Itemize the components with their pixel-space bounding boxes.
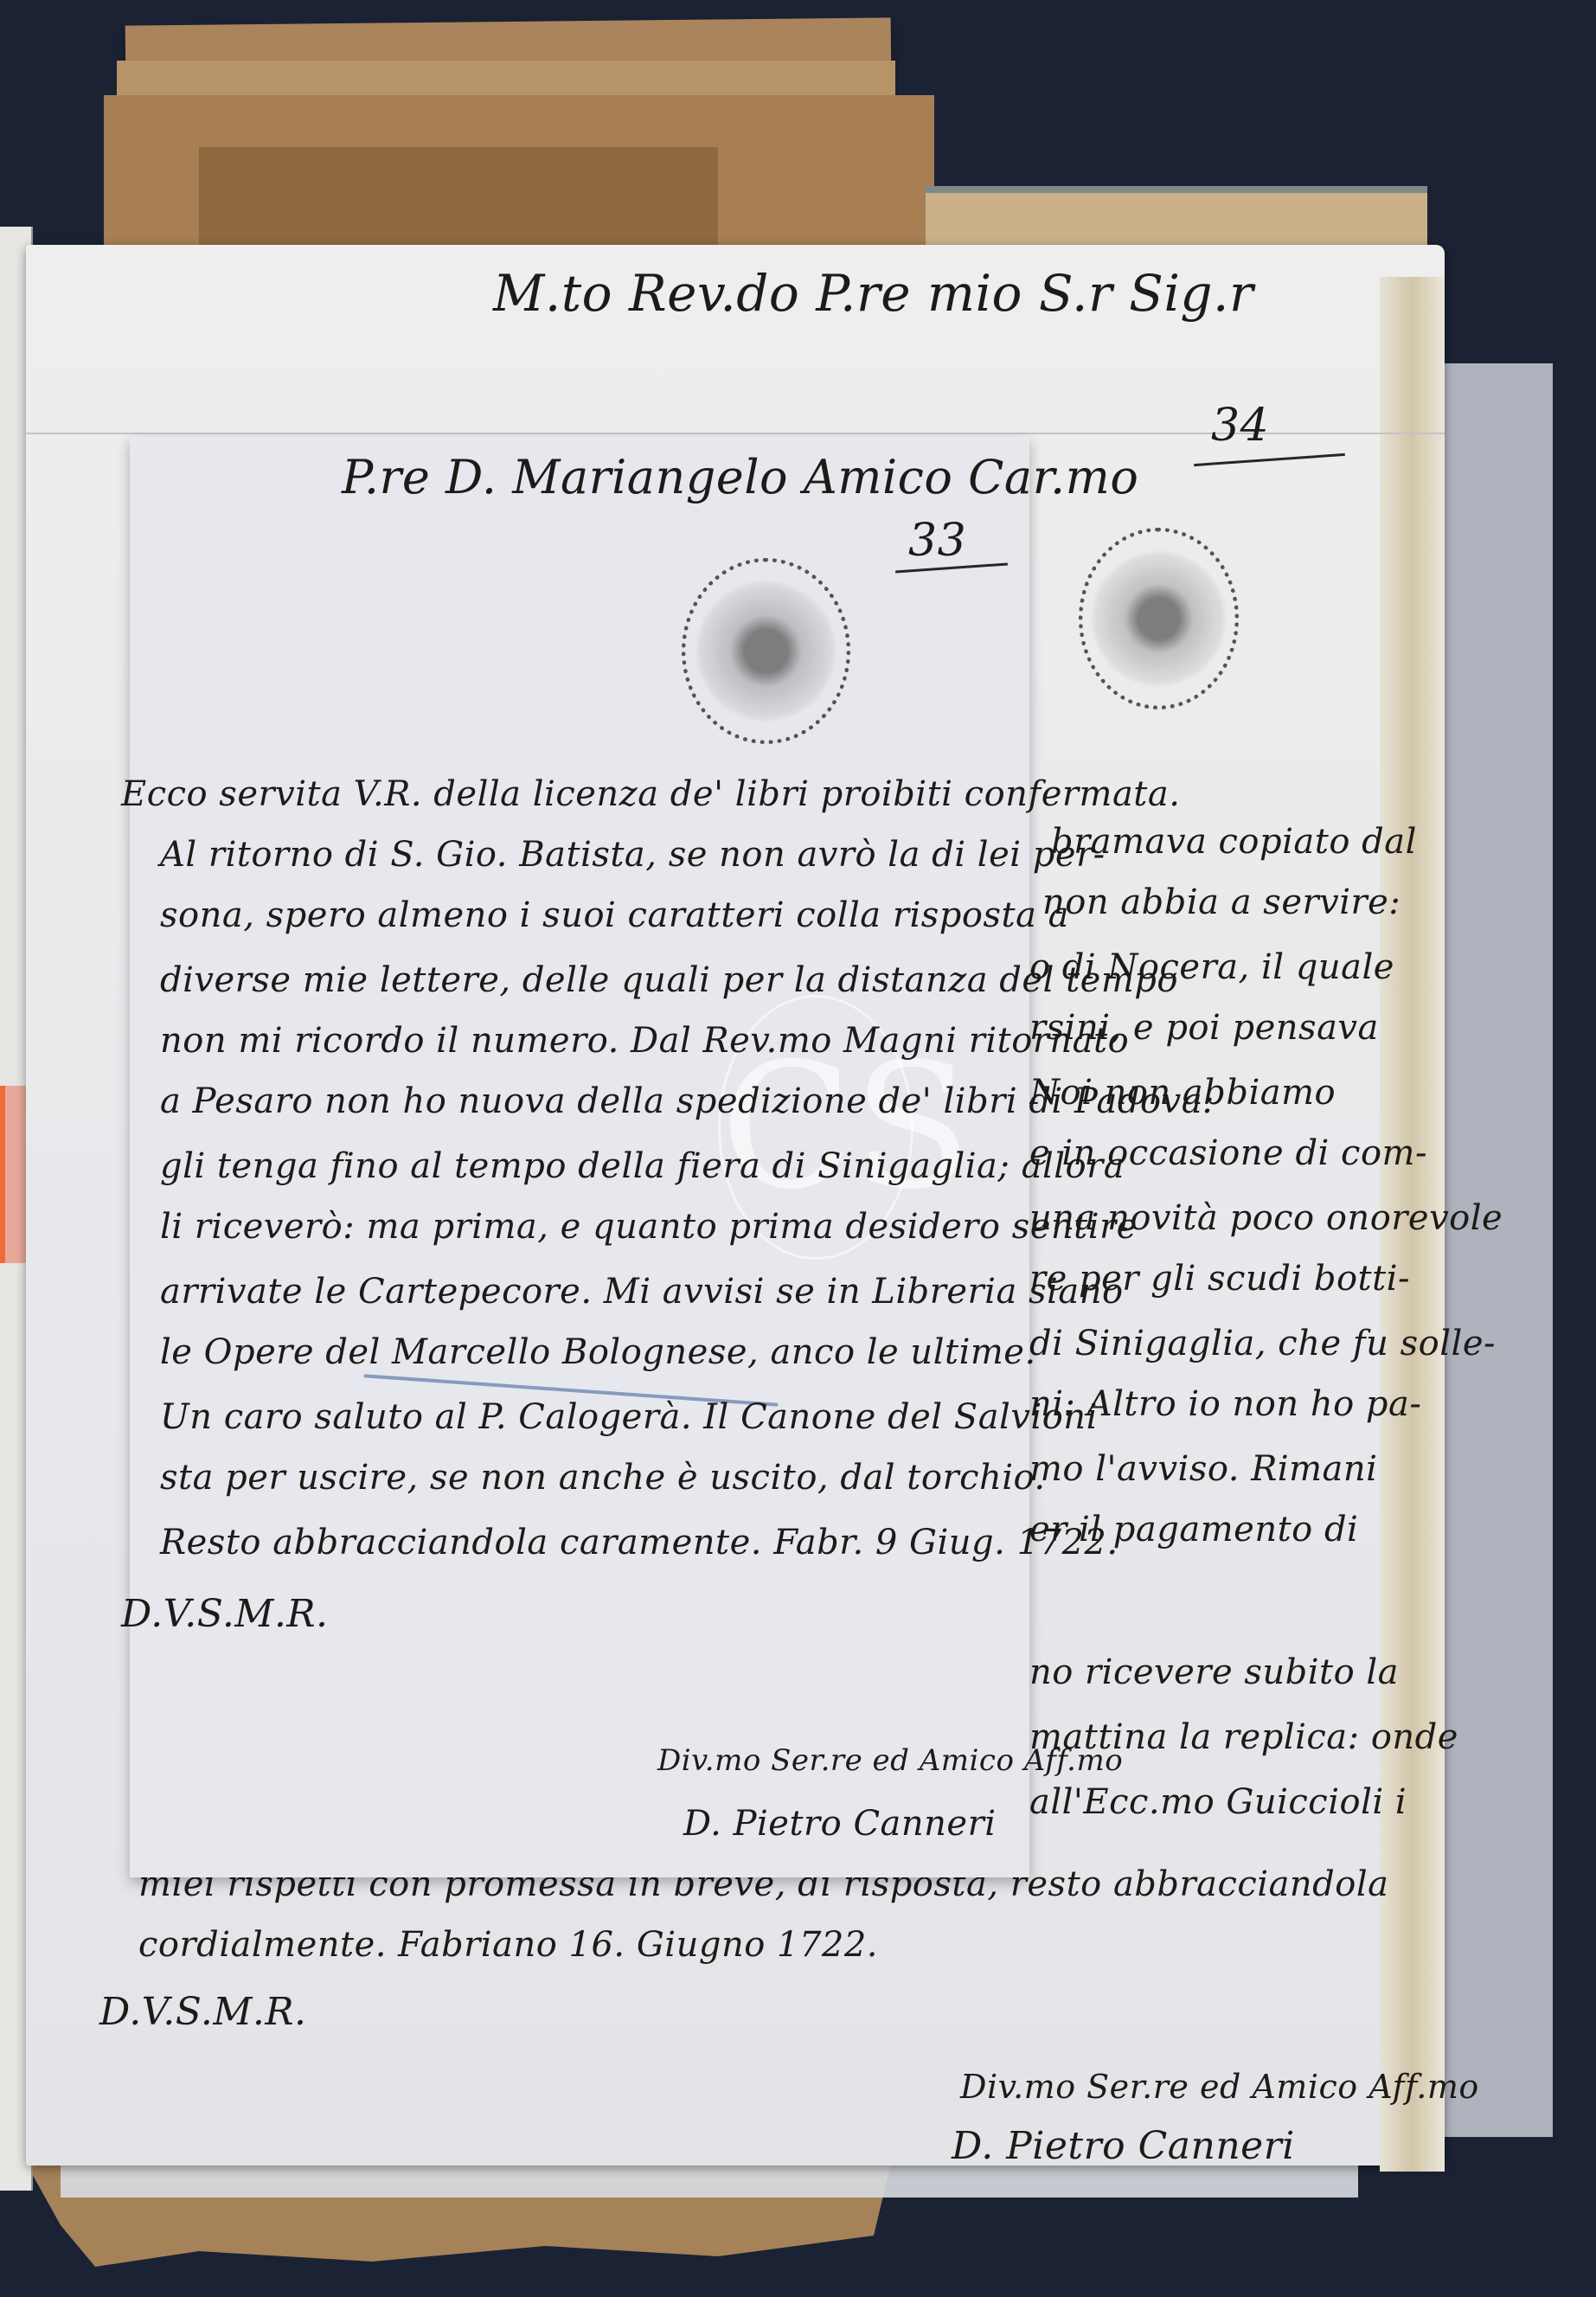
archive-stamp-front bbox=[682, 558, 850, 744]
closing-line: cordialmente. Fabriano 16. Giugno 1722. bbox=[138, 1925, 878, 1965]
text-line: bramava copiato dal bbox=[1051, 822, 1417, 862]
text-line: a Pesaro non ho nuova della spedizione d… bbox=[160, 1081, 1215, 1121]
text-line: gli tenga fino al tempo della fiera di S… bbox=[160, 1146, 1125, 1186]
text-line: arrivate le Cartepecore. Mi avvisi se in… bbox=[160, 1272, 1124, 1312]
tissue-paper-right bbox=[1440, 363, 1553, 2137]
text-line: Un caro saluto al P. Calogerà. Il Canone… bbox=[160, 1397, 1098, 1437]
signature-line: Div.mo Ser.re ed Amico Aff.mo bbox=[657, 1743, 1123, 1778]
text-line: li riceverò: ma prima, e quanto prima de… bbox=[160, 1207, 1138, 1247]
text-line: Resto abbracciandola caramente. Fabr. 9 … bbox=[160, 1523, 1118, 1562]
signature-name: D. Pietro Canneri bbox=[683, 1804, 997, 1844]
text-line: diverse mie lettere, delle quali per la … bbox=[160, 960, 1178, 1000]
signature-line: Div.mo Ser.re ed Amico Aff.mo bbox=[960, 2068, 1479, 2106]
text-line: le Opere del Marcello Bolognese, anco le… bbox=[160, 1332, 1036, 1372]
text-line: no ricevere subito la bbox=[1029, 1652, 1399, 1692]
folio-number-33: 33 bbox=[908, 515, 966, 567]
signature-name: D. Pietro Canneri bbox=[952, 2124, 1295, 2168]
folio-number-34: 34 bbox=[1211, 400, 1269, 452]
closing-initials: D.V.S.M.R. bbox=[121, 1592, 328, 1636]
closing-initials: D.V.S.M.R. bbox=[99, 1990, 306, 2034]
text-line: non abbia a servire: bbox=[1042, 882, 1401, 922]
text-line: non mi ricordo il numero. Dal Rev.mo Mag… bbox=[160, 1021, 1129, 1061]
archive-stamp-back bbox=[1079, 528, 1239, 709]
text-line: Ecco servita V.R. della licenza de' libr… bbox=[121, 774, 1180, 814]
text-line: all'Ecc.mo Guiccioli i bbox=[1029, 1782, 1407, 1822]
text-line: Al ritorno di S. Gio. Batista, se non av… bbox=[160, 835, 1106, 875]
text-line: sona, spero almeno i suoi caratteri coll… bbox=[160, 895, 1069, 935]
back-letter-salutation: M.to Rev.do P.re mio S.r Sig.r bbox=[493, 264, 1253, 323]
text-line: mo l'avviso. Rimani bbox=[1029, 1449, 1377, 1489]
front-letter-addressee: P.re D. Mariangelo Amico Car.mo bbox=[342, 450, 1138, 504]
text-line: sta per uscire, se non anche è uscito, d… bbox=[160, 1458, 1046, 1498]
text-line: di Sinigaglia, che fu solle- bbox=[1029, 1324, 1496, 1363]
